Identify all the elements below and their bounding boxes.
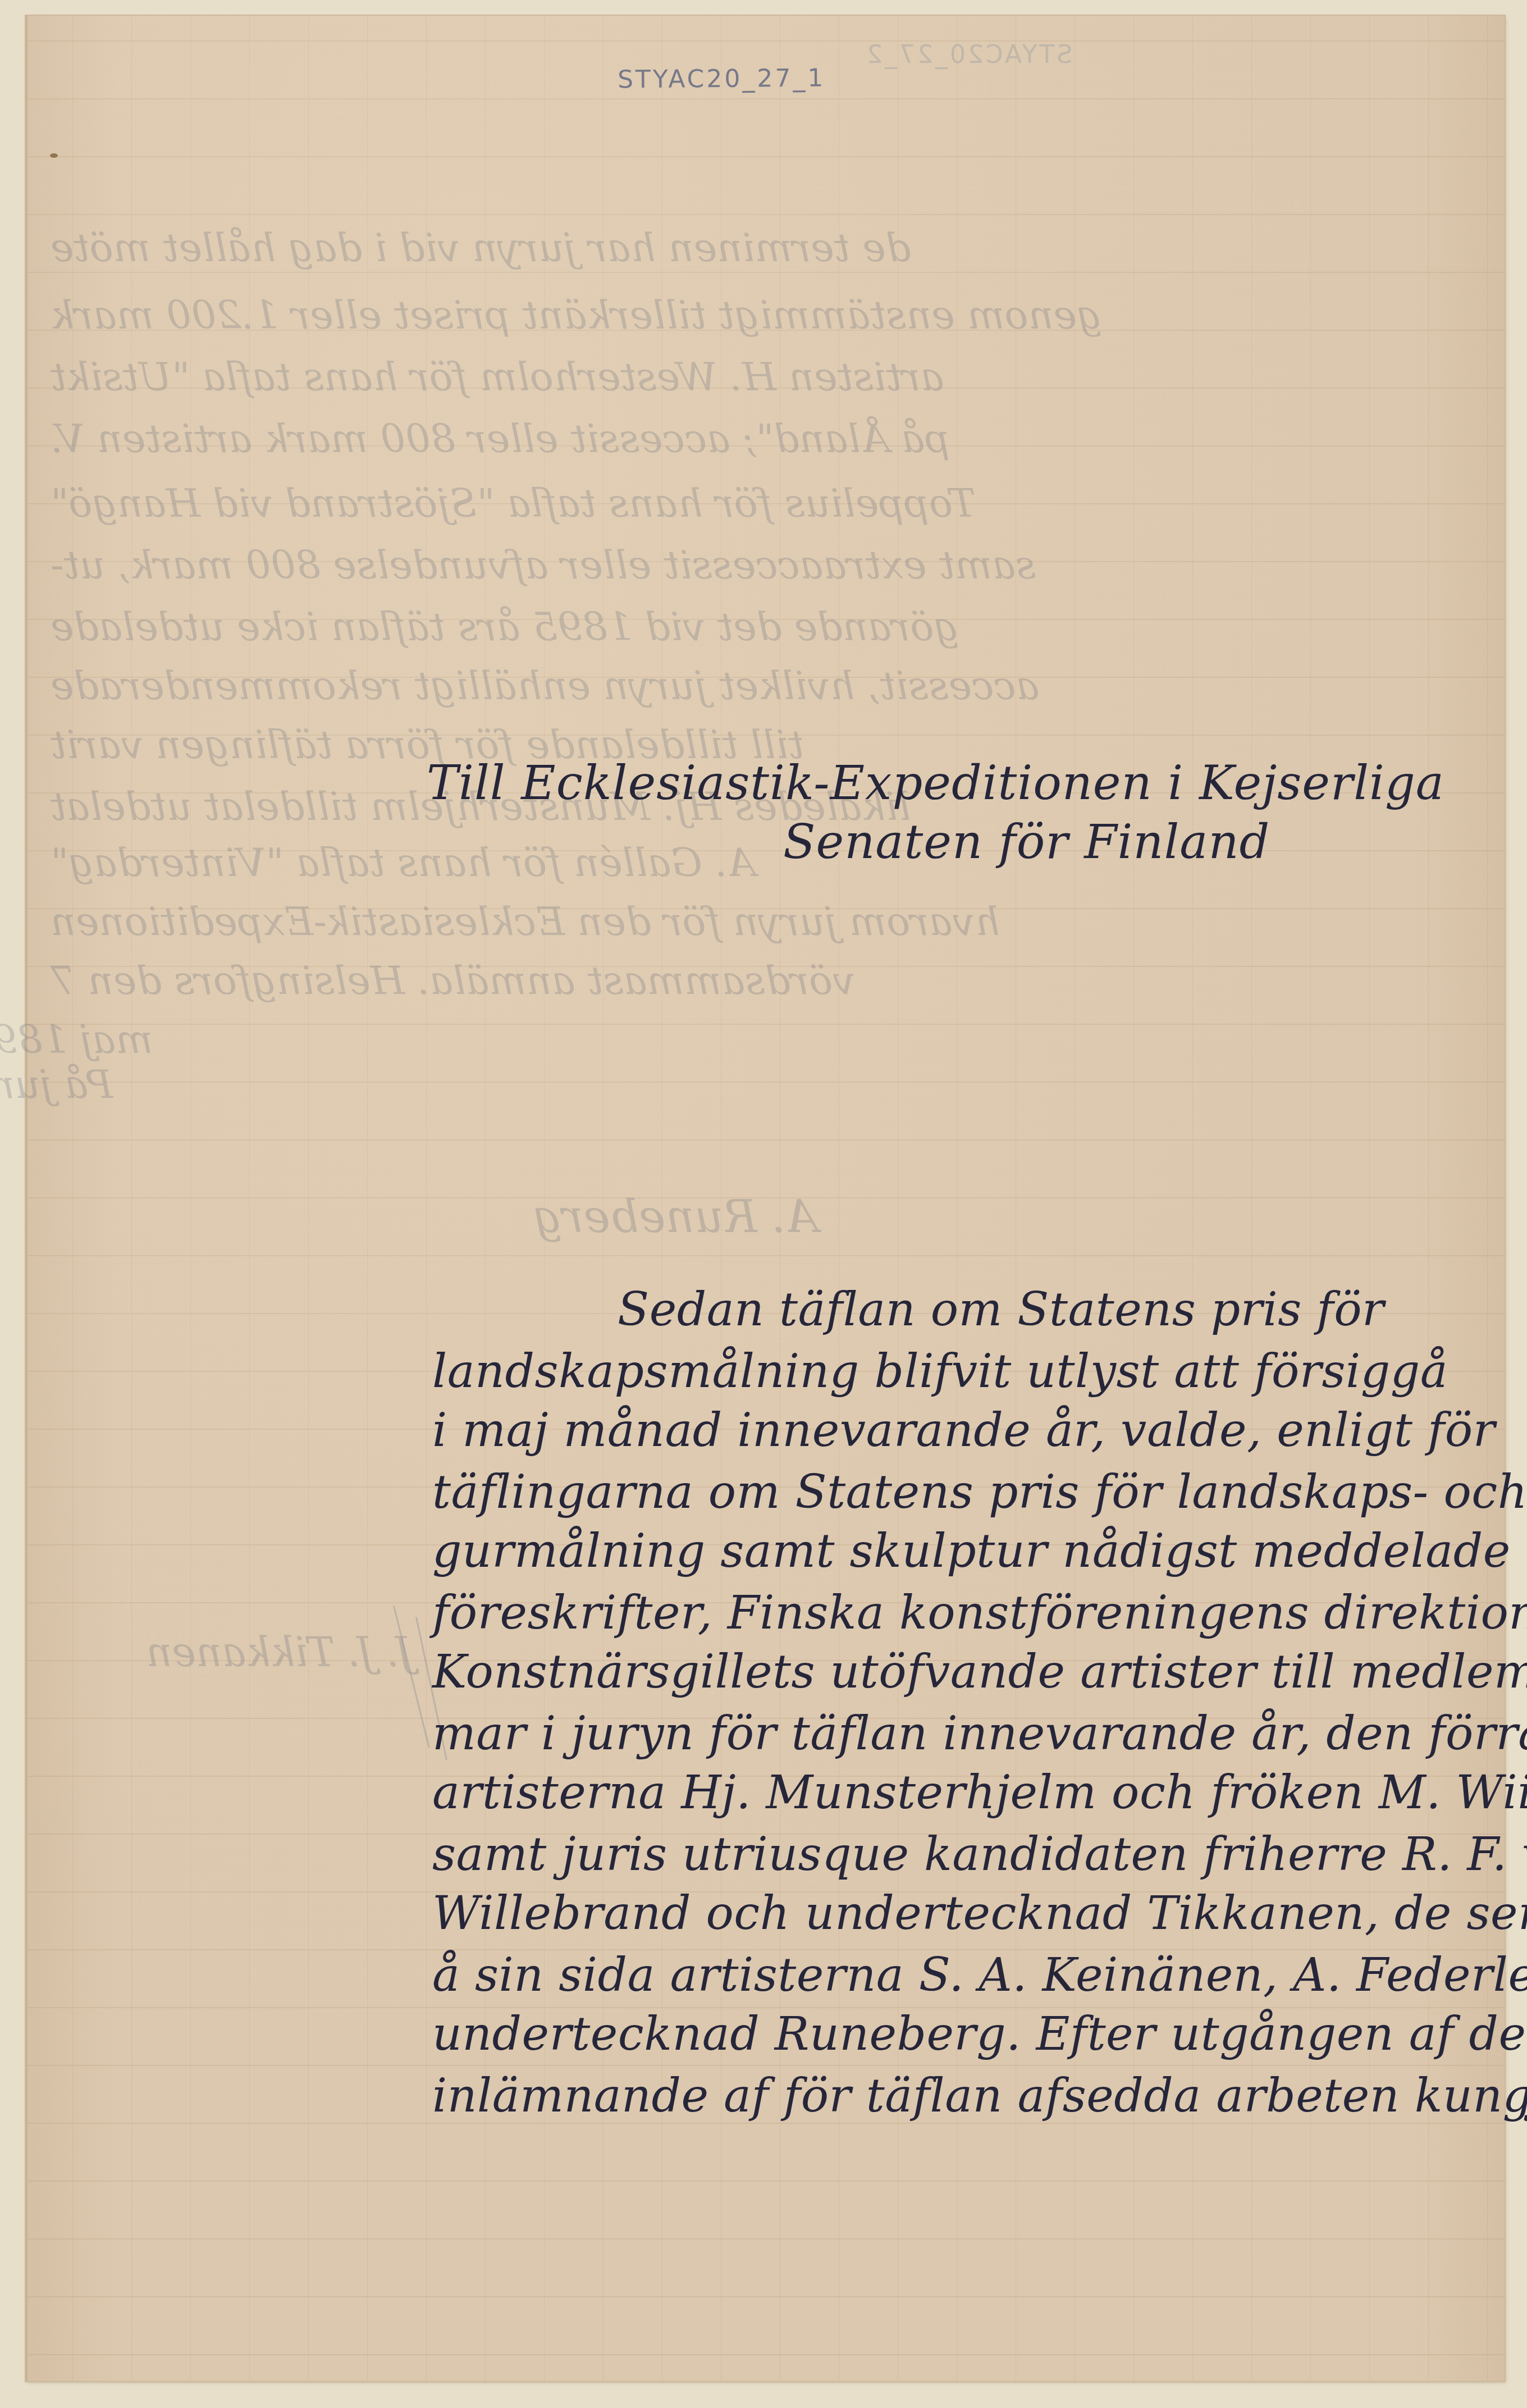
- body-line: artisterna Hj. Munsterhjelm och fröken M…: [432, 1766, 1527, 1819]
- body-line: undertecknad Runeberg. Efter utgången af…: [432, 2008, 1527, 2061]
- bleed-line: Toppelius för hans tafla "Sjöstrand vid …: [51, 480, 1145, 526]
- body-line: inlämnande af för täflan afsedda arbeten…: [432, 2069, 1527, 2123]
- body-line: landskapsmålning blifvit utlyst att förs…: [432, 1345, 1448, 1398]
- bleed-line: på Åland"; accessit eller 800 mark artis…: [51, 416, 1145, 462]
- body-line: i maj månad innevarande år, valde, enlig…: [432, 1404, 1495, 1457]
- bleed-line: accessit, hvilket juryn enhälligt rekomm…: [51, 663, 1145, 709]
- bleed-line: genom enstämmigt tillerkänt priset eller…: [51, 292, 1145, 338]
- bleed-line: samt extraaccessit eller afvundelse 800 …: [51, 542, 1145, 588]
- body-line: Sedan täflan om Statens pris för: [618, 1283, 1384, 1337]
- bleed-signature-runeberg: A. Runeberg: [533, 1191, 818, 1243]
- bleed-line: artisten H. Westerholm för hans tafla "U…: [51, 354, 1145, 400]
- bleed-line: vördsammast anmäla. Helsingfors den 7: [51, 957, 1145, 1004]
- body-line: samt juris utriusque kandidaten friherre…: [432, 1828, 1527, 1881]
- bleed-signature-tikkanen: J. J. Tikkanen: [146, 1629, 413, 1676]
- bleed-line: På juryns vägnar:: [0, 1061, 859, 1107]
- address-line-1: Till Ecklesiastik-Expeditionen i Kejserl…: [427, 755, 1444, 810]
- bleed-line: maj 1897.: [0, 1016, 1050, 1062]
- punch-hole: [50, 153, 58, 158]
- bleed-line: görande det vid 1895 års täflan icke utd…: [51, 604, 1145, 650]
- body-line: Konstnärsgillets utöfvande artister till…: [432, 1645, 1527, 1699]
- body-line: Willebrand och undertecknad Tikkanen, de…: [432, 1887, 1527, 1940]
- body-line: mar i juryn för täflan innevarande år, d…: [432, 1707, 1527, 1761]
- archive-id-bleed-through: STYAC20_27_2: [865, 40, 1072, 69]
- body-line: täflingarna om Statens pris för landskap…: [432, 1466, 1527, 1519]
- archive-id: STYAC20_27_1: [618, 63, 826, 94]
- body-line: föreskrifter, Finska konstföreningens di…: [432, 1586, 1527, 1640]
- body-line: gurmålning samt skulptur nådigst meddela…: [432, 1525, 1511, 1578]
- bleed-line: hvarom juryn för den Ecklesiastik-Expedi…: [51, 899, 1145, 945]
- body-line: å sin sida artisterna S. A. Keinänen, A.…: [432, 1949, 1527, 2002]
- bleed-line: de terminen har juryn vid i dag hållet m…: [51, 225, 1145, 271]
- address-line-2: Senaten för Finland: [783, 814, 1270, 869]
